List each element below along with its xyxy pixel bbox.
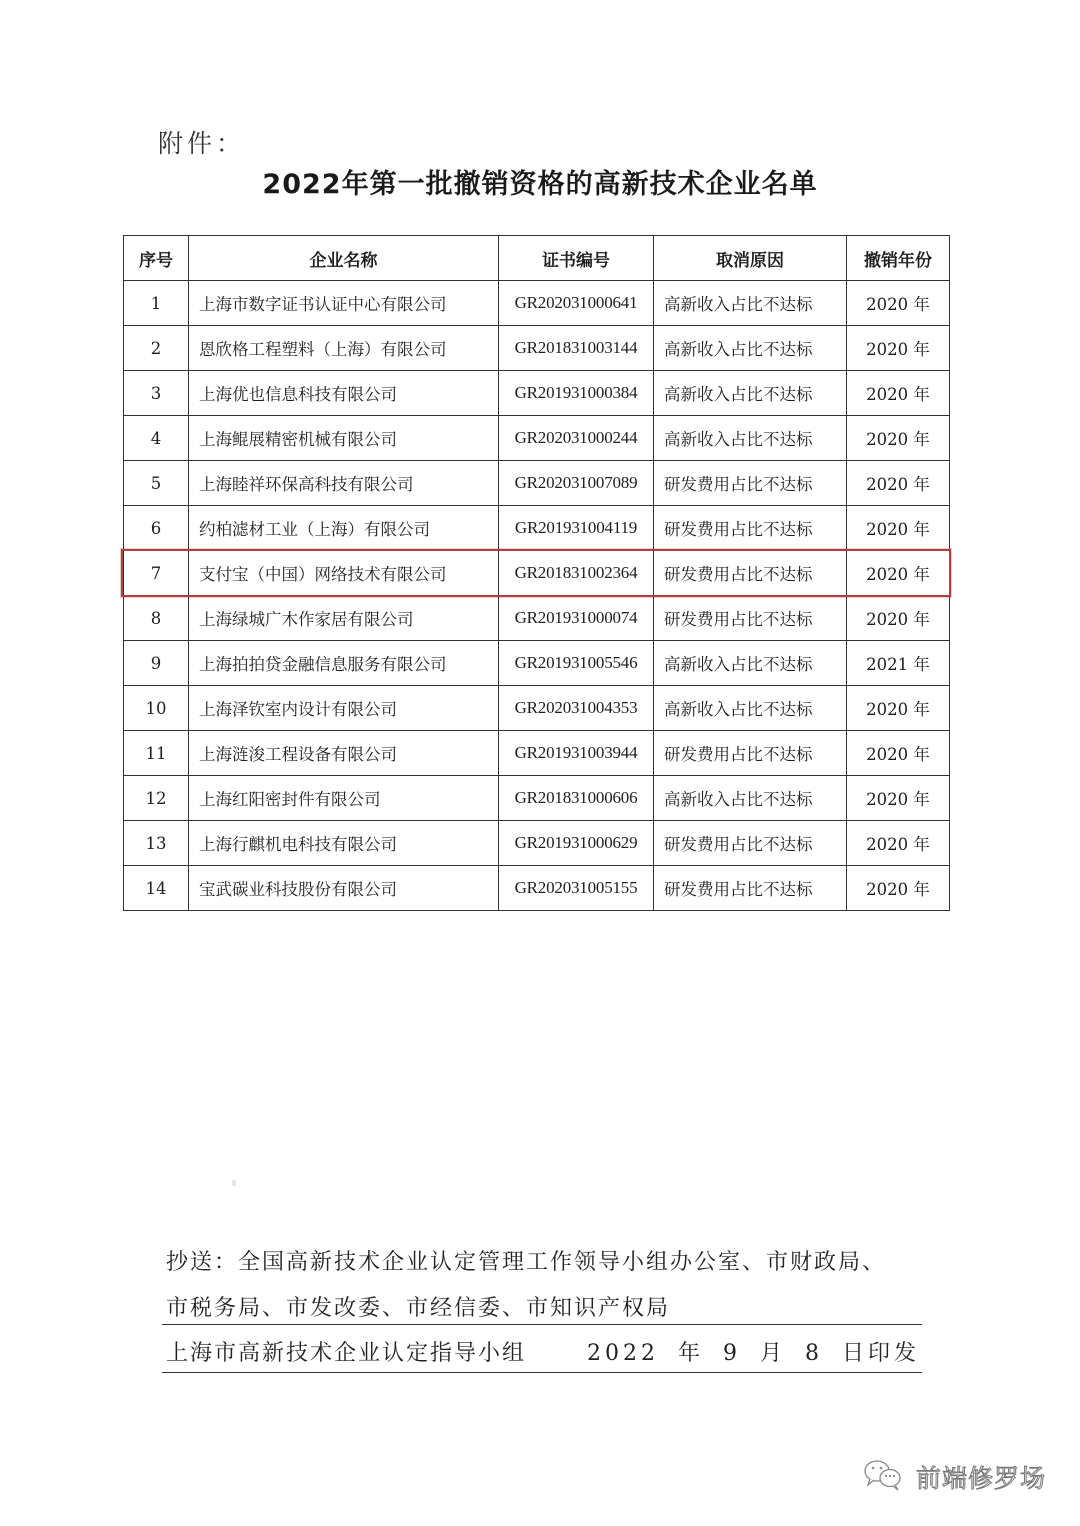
table-row: 2 恩欣格工程塑料（上海）有限公司 GR201831003144 高新收入占比不… bbox=[124, 326, 950, 371]
header-cert: 证书编号 bbox=[499, 236, 654, 281]
watermark: 前端修罗场 bbox=[862, 1458, 1046, 1496]
header-name: 企业名称 bbox=[189, 236, 499, 281]
cell-company-name: 上海泽钦室内设计有限公司 bbox=[189, 686, 499, 731]
cell-no: 5 bbox=[124, 461, 189, 506]
cell-year: 2020 年 bbox=[847, 371, 950, 416]
cell-cert-number: GR202031005155 bbox=[499, 866, 654, 911]
cell-year: 2020 年 bbox=[847, 821, 950, 866]
cell-company-name: 上海市数字证书认证中心有限公司 bbox=[189, 281, 499, 326]
wechat-icon bbox=[862, 1458, 906, 1496]
cell-reason: 高新收入占比不达标 bbox=[654, 326, 847, 371]
cell-cert-number: GR201931000629 bbox=[499, 821, 654, 866]
table-row: 11 上海涟浚工程设备有限公司 GR201931003944 研发费用占比不达标… bbox=[124, 731, 950, 776]
cell-year: 2020 年 bbox=[847, 731, 950, 776]
header-reason: 取消原因 bbox=[654, 236, 847, 281]
divider-rule bbox=[162, 1324, 922, 1325]
table-row: 9 上海拍拍贷金融信息服务有限公司 GR201931005546 高新收入占比不… bbox=[124, 641, 950, 686]
cell-reason: 研发费用占比不达标 bbox=[654, 821, 847, 866]
cell-company-name: 宝武碳业科技股份有限公司 bbox=[189, 866, 499, 911]
issuer: 上海市高新技术企业认定指导小组 bbox=[166, 1336, 526, 1367]
cell-no: 3 bbox=[124, 371, 189, 416]
cell-reason: 高新收入占比不达标 bbox=[654, 641, 847, 686]
cell-no: 8 bbox=[124, 596, 189, 641]
cc-line-2: 市税务局、市发改委、市经信委、市知识产权局 bbox=[166, 1286, 926, 1332]
cell-cert-number: GR202031000244 bbox=[499, 416, 654, 461]
issue-date: 2022 年 9 月 8 日印发 bbox=[587, 1336, 920, 1367]
table-header-row: 序号 企业名称 证书编号 取消原因 撤销年份 bbox=[124, 236, 950, 281]
attachment-label: 附件： bbox=[158, 124, 245, 160]
cell-cert-number: GR201831003144 bbox=[499, 326, 654, 371]
cell-company-name: 上海拍拍贷金融信息服务有限公司 bbox=[189, 641, 499, 686]
cell-no: 9 bbox=[124, 641, 189, 686]
cell-company-name: 上海优也信息科技有限公司 bbox=[189, 371, 499, 416]
header-year: 撤销年份 bbox=[847, 236, 950, 281]
table-row: 14 宝武碳业科技股份有限公司 GR202031005155 研发费用占比不达标… bbox=[124, 866, 950, 911]
cell-reason: 研发费用占比不达标 bbox=[654, 551, 847, 596]
cell-company-name: 上海绿城广木作家居有限公司 bbox=[189, 596, 499, 641]
cell-reason: 高新收入占比不达标 bbox=[654, 416, 847, 461]
cell-year: 2020 年 bbox=[847, 326, 950, 371]
table-row-highlighted: 7 支付宝（中国）网络技术有限公司 GR201831002364 研发费用占比不… bbox=[124, 551, 950, 596]
table-row: 13 上海行麒机电科技有限公司 GR201931000629 研发费用占比不达标… bbox=[124, 821, 950, 866]
table-row: 3 上海优也信息科技有限公司 GR201931000384 高新收入占比不达标 … bbox=[124, 371, 950, 416]
cc-line-1: 抄送：全国高新技术企业认定管理工作领导小组办公室、市财政局、 bbox=[166, 1240, 926, 1286]
cell-company-name: 上海鲲展精密机械有限公司 bbox=[189, 416, 499, 461]
cell-cert-number: GR202031004353 bbox=[499, 686, 654, 731]
cell-no: 11 bbox=[124, 731, 189, 776]
revocation-table-container: 序号 企业名称 证书编号 取消原因 撤销年份 1 上海市数字证书认证中心有限公司… bbox=[123, 235, 949, 911]
cell-cert-number: GR201931005546 bbox=[499, 641, 654, 686]
table-row: 5 上海睦祥环保高科技有限公司 GR202031007089 研发费用占比不达标… bbox=[124, 461, 950, 506]
cell-reason: 研发费用占比不达标 bbox=[654, 866, 847, 911]
cell-reason: 高新收入占比不达标 bbox=[654, 776, 847, 821]
cell-year: 2020 年 bbox=[847, 461, 950, 506]
cell-year: 2021 年 bbox=[847, 641, 950, 686]
cell-year: 2020 年 bbox=[847, 281, 950, 326]
cell-company-name: 支付宝（中国）网络技术有限公司 bbox=[189, 551, 499, 596]
cell-company-name: 上海睦祥环保高科技有限公司 bbox=[189, 461, 499, 506]
cell-year: 2020 年 bbox=[847, 866, 950, 911]
cell-no: 10 bbox=[124, 686, 189, 731]
cell-company-name: 恩欣格工程塑料（上海）有限公司 bbox=[189, 326, 499, 371]
cc-block: 抄送：全国高新技术企业认定管理工作领导小组办公室、市财政局、 市税务局、市发改委… bbox=[166, 1240, 926, 1332]
divider-rule bbox=[162, 1372, 922, 1373]
cell-no: 2 bbox=[124, 326, 189, 371]
revocation-table: 序号 企业名称 证书编号 取消原因 撤销年份 1 上海市数字证书认证中心有限公司… bbox=[123, 235, 950, 911]
cell-reason: 高新收入占比不达标 bbox=[654, 281, 847, 326]
cell-no: 13 bbox=[124, 821, 189, 866]
cell-year: 2020 年 bbox=[847, 686, 950, 731]
document-title: 2022年第一批撤销资格的高新技术企业名单 bbox=[0, 162, 1080, 201]
cell-year: 2020 年 bbox=[847, 416, 950, 461]
cell-reason: 研发费用占比不达标 bbox=[654, 461, 847, 506]
table-row: 12 上海红阳密封件有限公司 GR201831000606 高新收入占比不达标 … bbox=[124, 776, 950, 821]
scan-speck bbox=[232, 1180, 236, 1186]
cell-cert-number: GR202031000641 bbox=[499, 281, 654, 326]
cell-company-name: 上海行麒机电科技有限公司 bbox=[189, 821, 499, 866]
cell-year: 2020 年 bbox=[847, 596, 950, 641]
table-row: 8 上海绿城广木作家居有限公司 GR201931000074 研发费用占比不达标… bbox=[124, 596, 950, 641]
cell-no: 1 bbox=[124, 281, 189, 326]
cell-no: 12 bbox=[124, 776, 189, 821]
watermark-label: 前端修罗场 bbox=[916, 1459, 1046, 1495]
table-row: 10 上海泽钦室内设计有限公司 GR202031004353 高新收入占比不达标… bbox=[124, 686, 950, 731]
cell-cert-number: GR201831002364 bbox=[499, 551, 654, 596]
cell-reason: 研发费用占比不达标 bbox=[654, 506, 847, 551]
cell-reason: 高新收入占比不达标 bbox=[654, 371, 847, 416]
cell-no: 7 bbox=[124, 551, 189, 596]
header-no: 序号 bbox=[124, 236, 189, 281]
cell-cert-number: GR201931004119 bbox=[499, 506, 654, 551]
table-row: 1 上海市数字证书认证中心有限公司 GR202031000641 高新收入占比不… bbox=[124, 281, 950, 326]
cell-company-name: 上海涟浚工程设备有限公司 bbox=[189, 731, 499, 776]
cell-cert-number: GR201931003944 bbox=[499, 731, 654, 776]
cell-cert-number: GR201931000074 bbox=[499, 596, 654, 641]
cell-cert-number: GR201931000384 bbox=[499, 371, 654, 416]
cell-year: 2020 年 bbox=[847, 506, 950, 551]
cell-no: 6 bbox=[124, 506, 189, 551]
cell-year: 2020 年 bbox=[847, 551, 950, 596]
table-row: 6 约柏滤材工业（上海）有限公司 GR201931004119 研发费用占比不达… bbox=[124, 506, 950, 551]
cell-reason: 研发费用占比不达标 bbox=[654, 731, 847, 776]
cell-no: 4 bbox=[124, 416, 189, 461]
cell-year: 2020 年 bbox=[847, 776, 950, 821]
cell-no: 14 bbox=[124, 866, 189, 911]
cell-company-name: 上海红阳密封件有限公司 bbox=[189, 776, 499, 821]
cell-company-name: 约柏滤材工业（上海）有限公司 bbox=[189, 506, 499, 551]
table-row: 4 上海鲲展精密机械有限公司 GR202031000244 高新收入占比不达标 … bbox=[124, 416, 950, 461]
cell-cert-number: GR202031007089 bbox=[499, 461, 654, 506]
cell-cert-number: GR201831000606 bbox=[499, 776, 654, 821]
cell-reason: 高新收入占比不达标 bbox=[654, 686, 847, 731]
cell-reason: 研发费用占比不达标 bbox=[654, 596, 847, 641]
